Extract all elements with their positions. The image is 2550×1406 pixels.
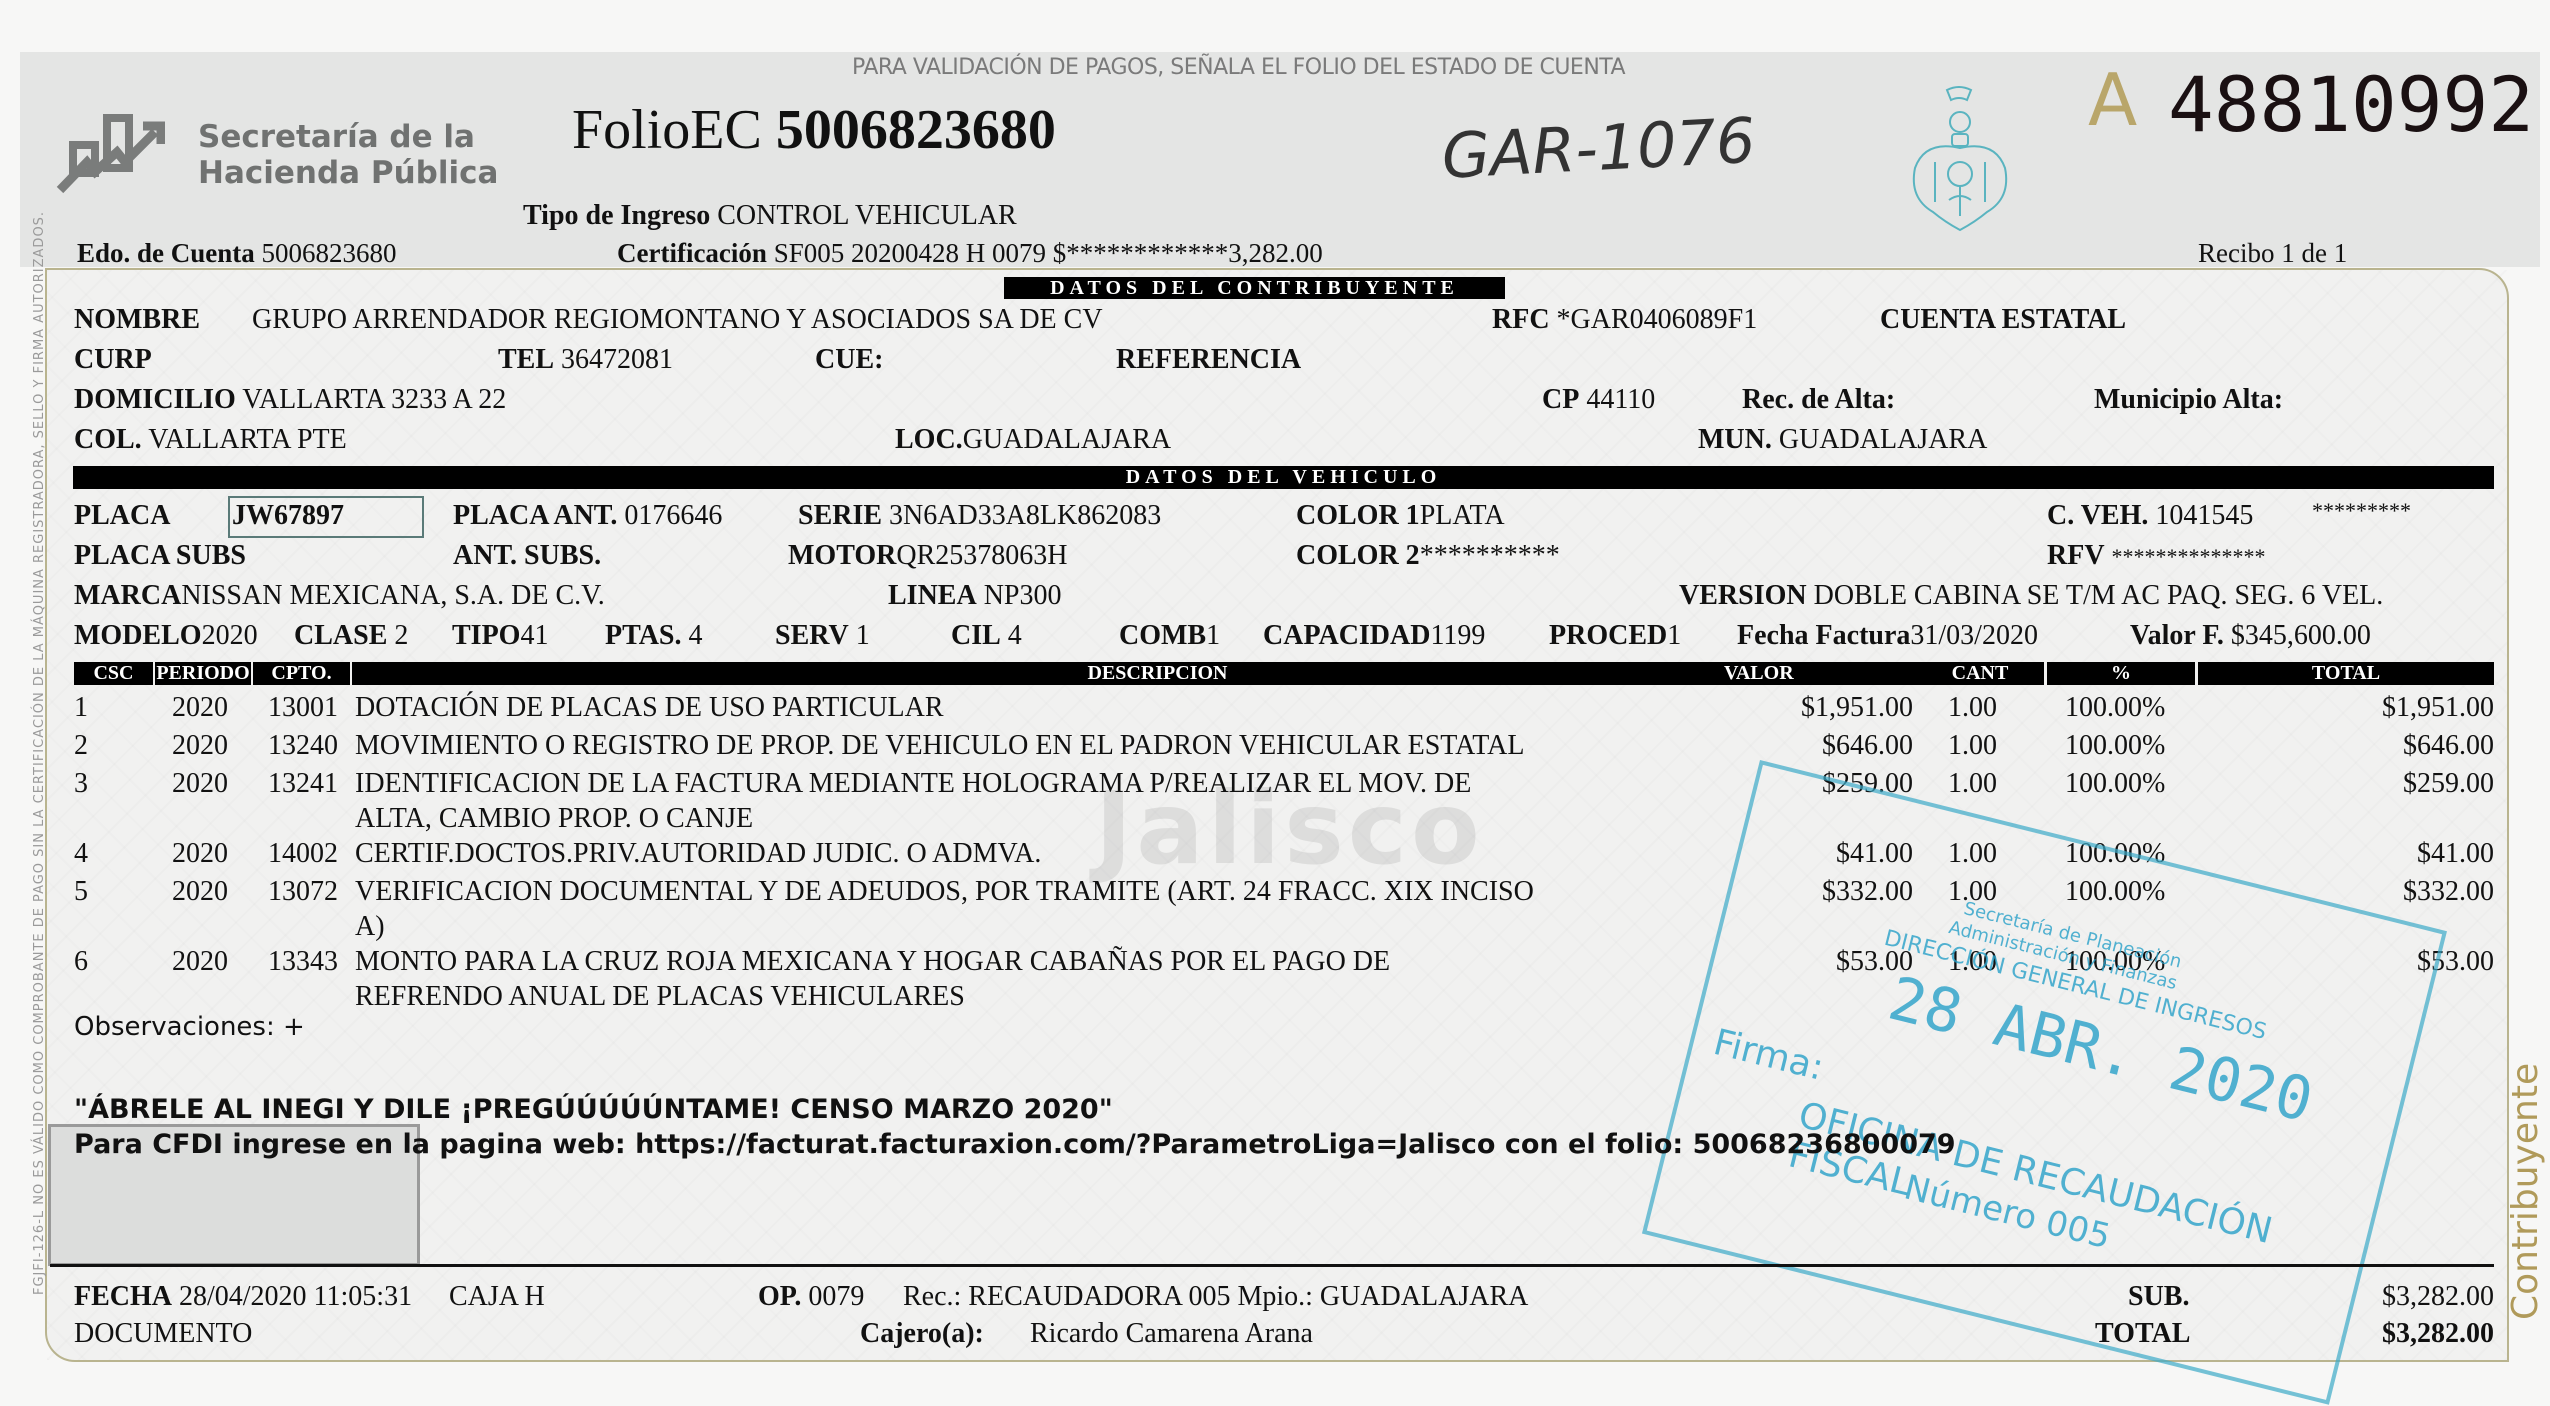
linea-label: LINEA [888,580,977,611]
clase: CLASE 2 [294,620,408,652]
cil-label: CIL [951,620,1001,651]
footer-divider [50,1264,2494,1267]
color1-label: COLOR 1 [1296,500,1420,531]
cell-csc: 1 [74,692,114,724]
version-label: VERSION [1679,580,1807,611]
cveh-label: C. VEH. [2047,500,2148,531]
clase-label: CLASE [294,620,387,651]
cell-cpto: 14002 [268,838,348,870]
domicilio-value: VALLARTA 3233 A 22 [242,384,506,415]
fecha-factura: Fecha Factura31/03/2020 [1737,620,2038,652]
cveh-value: 1041545 [2155,500,2253,531]
side-disclaimer: FGJFI-126-L NO ES VÁLIDO COMO COMPROBANT… [32,211,47,1295]
rfv-label: RFV [2047,540,2105,571]
mun-label: MUN. [1698,424,1772,455]
rec-alta-label: Rec. de Alta: [1742,384,1895,416]
rfc: RFC *GAR0406089F1 [1492,304,1757,336]
certificacion-label: Certificación [617,238,767,268]
rfv-value: ************** [2112,544,2266,569]
tel: TEL 36472081 [498,344,673,376]
col: COL. VALLARTA PTE [74,424,347,456]
capacidad-label: CAPACIDAD [1263,620,1430,651]
cil: CIL 4 [951,620,1022,652]
cell-cpto: 13240 [268,730,348,762]
total-value: $3,282.00 [2290,1318,2494,1350]
total-label: TOTAL [2095,1318,2190,1350]
color1: COLOR 1PLATA [1296,500,1505,532]
cell-periodo: 2020 [172,692,232,724]
tel-label: TEL [498,344,554,375]
cell-cpto: 13072 [268,876,348,908]
cell-pct: 100.00% [2065,730,2195,762]
validation-note: PARA VALIDACIÓN DE PAGOS, SEÑALA EL FOLI… [852,55,1625,80]
version: VERSION DOBLE CABINA SE T/M AC PAQ. SEG.… [1679,580,2383,612]
recaudadora: Rec.: RECAUDADORA 005 Mpio.: GUADALAJARA [903,1281,1528,1313]
censo-message: "ÁBRELE AL INEGI Y DILE ¡PREGÚÚÚÚÚNTAME!… [74,1094,1113,1125]
cell-total: $1,951.00 [2290,692,2494,724]
fecha-factura-label: Fecha Factura [1737,620,1910,651]
cell-csc: 2 [74,730,114,762]
tipo-ingreso-label: Tipo de Ingreso [523,200,710,231]
cell-periodo: 2020 [172,946,232,978]
cell-descripcion-cont: A) [355,911,385,943]
cp-value: 44110 [1586,384,1655,415]
clase-value: 2 [394,620,408,651]
tipo: TIPO41 [452,620,548,652]
modelo: MODELO2020 [74,620,258,652]
domicilio-label: DOMICILIO [74,384,236,415]
motor-value: QR25378063H [896,540,1067,571]
ptas-label: PTAS. [605,620,682,651]
cell-descripcion: MONTO PARA LA CRUZ ROJA MEXICANA Y HOGAR… [355,946,1390,978]
cell-csc: 3 [74,768,114,800]
ptas-value: 4 [689,620,703,651]
hacienda-logo-icon [55,110,165,195]
placa-ant-label: PLACA ANT. [453,500,617,531]
cell-total: $41.00 [2290,838,2494,870]
cell-periodo: 2020 [172,768,232,800]
cfdi-message: Para CFDI ingrese en la pagina web: http… [74,1129,1956,1160]
cajero-value: Ricardo Camarena Arana [1030,1318,1313,1350]
cell-periodo: 2020 [172,730,232,762]
serv-value: 1 [856,620,870,651]
section-bar-vehiculo: DATOS DEL VEHICULO [73,466,2494,489]
cell-csc: 6 [74,946,114,978]
cp-label: CP [1542,384,1579,415]
cp: CP 44110 [1542,384,1655,416]
serie-letter: A [2088,58,2137,142]
motor-label: MOTOR [788,540,896,571]
marca-label: MARCA [74,580,181,611]
nombre-value: GRUPO ARRENDADOR REGIOMONTANO Y ASOCIADO… [252,304,1103,336]
valor-f-label: Valor F. [2130,620,2224,651]
certificacion: Certificación SF005 20200428 H 0079 $***… [617,238,1323,269]
fecha-factura-value: 31/03/2020 [1910,620,2038,651]
c-veh: C. VEH. 1041545 [2047,500,2253,532]
cveh-mask: ********* [2312,498,2411,524]
marca-value: NISSAN MEXICANA, S.A. DE C.V. [181,580,604,611]
cell-descripcion-cont: ALTA, CAMBIO PROP. O CANJE [355,803,753,835]
capacidad: CAPACIDAD1199 [1263,620,1485,652]
col-header-cpto: CPTO. [253,662,353,685]
valor-f-value: $345,600.00 [2231,620,2371,651]
receipt-paper: Secretaría de la Hacienda Pública PARA V… [0,0,2550,1406]
serie-label: SERIE [798,500,882,531]
motor: MOTORQR25378063H [788,540,1068,572]
referencia-label: REFERENCIA [1116,344,1301,376]
col-header-cant: CANT [1916,662,2047,685]
recibo-count: Recibo 1 de 1 [2198,238,2347,269]
cell-cpto: 13001 [268,692,348,724]
placa-value: JW67897 [232,500,344,532]
col-header-csc: CSC [74,662,156,685]
cil-value: 4 [1008,620,1022,651]
loc-value: GUADALAJARA [963,424,1171,455]
cell-descripcion-cont: REFRENDO ANUAL DE PLACAS VEHICULARES [355,981,965,1013]
edo-cuenta-value: 5006823680 [262,238,397,268]
cell-descripcion: IDENTIFICACION DE LA FACTURA MEDIANTE HO… [355,768,1471,800]
nombre-label: NOMBRE [74,304,200,336]
cue-label: CUE: [815,344,883,376]
col-header-pct: % [2047,662,2198,685]
subtotal-value: $3,282.00 [2290,1281,2494,1313]
rfc-label: RFC [1492,304,1550,335]
modelo-value: 2020 [202,620,258,651]
rfc-value: *GAR0406089F1 [1557,304,1758,335]
cajero-label: Cajero(a): [860,1318,984,1350]
placa-ant: PLACA ANT. 0176646 [453,500,722,532]
col-value: VALLARTA PTE [148,424,347,455]
serv-label: SERV [775,620,849,651]
mun-value: GUADALAJARA [1779,424,1987,455]
color1-value: PLATA [1420,500,1505,531]
curp-label: CURP [74,344,152,376]
tipo-value: 41 [520,620,548,651]
documento-label: DOCUMENTO [74,1318,252,1350]
comb-value: 1 [1206,620,1220,651]
section-bar-contribuyente: DATOS DEL CONTRIBUYENTE [1004,277,1505,299]
proced-value: 1 [1667,620,1681,651]
cell-csc: 5 [74,876,114,908]
cell-cpto: 13241 [268,768,348,800]
fecha-label: FECHA [74,1281,172,1312]
cell-total: $259.00 [2290,768,2494,800]
col-header-valor: VALOR [1700,662,1940,685]
rfv: RFV ************** [2047,540,2266,572]
certificacion-value: SF005 20200428 H 0079 $************3,282… [774,238,1323,268]
caja: CAJA H [449,1281,545,1313]
comb: COMB1 [1119,620,1220,652]
cell-periodo: 2020 [172,876,232,908]
valor-f: Valor F. $345,600.00 [2130,620,2371,652]
cell-cant: 1.00 [1948,692,2028,724]
tipo-ingreso: Tipo de Ingreso CONTROL VEHICULAR [523,200,1017,232]
cuenta-estatal-label: CUENTA ESTATAL [1880,304,2126,336]
cell-csc: 4 [74,838,114,870]
col-header-periodo: PERIODO [155,662,254,685]
comb-label: COMB [1119,620,1206,651]
color2-value: ********** [1420,540,1560,571]
logo-line-1: Secretaría de la [198,118,475,156]
edo-cuenta: Edo. de Cuenta 5006823680 [77,238,397,269]
stamp-firma: Firma: [1710,1022,1828,1089]
op-value: 0079 [808,1281,864,1312]
cell-valor: $646.00 [1700,730,1913,762]
municipio-alta-label: Municipio Alta: [2094,384,2283,416]
serie-value: 3N6AD33A8LK862083 [889,500,1161,531]
fecha: FECHA 28/04/2020 11:05:31 [74,1281,412,1313]
observaciones: Observaciones: + [74,1012,305,1042]
col-header-total: TOTAL [2198,662,2494,685]
mun: MUN. GUADALAJARA [1698,424,1987,456]
proced-label: PROCED [1549,620,1667,651]
color2-label: COLOR 2 [1296,540,1420,571]
color2: COLOR 2********** [1296,540,1560,572]
placa-ant-value: 0176646 [624,500,722,531]
cell-cant: 1.00 [1948,730,2028,762]
tipo-label: TIPO [452,620,520,651]
op: OP. 0079 [758,1281,864,1313]
cell-periodo: 2020 [172,838,232,870]
placa-subs-label: PLACA SUBS [74,540,246,572]
tipo-ingreso-value: CONTROL VEHICULAR [717,200,1016,231]
serie: SERIE 3N6AD33A8LK862083 [798,500,1161,532]
folio-label: FolioEC [572,99,762,161]
subtotal-label: SUB. [2128,1281,2189,1313]
domicilio: DOMICILIO VALLARTA 3233 A 22 [74,384,506,416]
op-label: OP. [758,1281,801,1312]
loc: LOC.GUADALAJARA [895,424,1171,456]
folio-ec: FolioEC 5006823680 [572,98,1056,162]
loc-label: LOC. [895,424,963,455]
cell-descripcion: MOVIMIENTO O REGISTRO DE PROP. DE VEHICU… [355,730,1524,762]
proced: PROCED1 [1549,620,1681,652]
linea-value: NP300 [984,580,1062,611]
cell-descripcion: CERTIF.DOCTOS.PRIV.AUTORIDAD JUDIC. O AD… [355,838,1041,870]
serie-number: 48810992 [2168,60,2534,149]
cell-valor: $1,951.00 [1700,692,1913,724]
modelo-label: MODELO [74,620,202,651]
logo-line-2: Hacienda Pública [198,154,498,192]
cell-descripcion: VERIFICACION DOCUMENTAL Y DE ADEUDOS, PO… [355,876,1534,908]
edo-cuenta-label: Edo. de Cuenta [77,238,255,268]
fecha-value: 28/04/2020 11:05:31 [179,1281,412,1312]
marca: MARCANISSAN MEXICANA, S.A. DE C.V. [74,580,605,612]
cell-total: $646.00 [2290,730,2494,762]
side-label-contribuyente: Contribuyente [2505,1063,2546,1320]
tel-value: 36472081 [561,344,673,375]
ant-subs-label: ANT. SUBS. [453,540,601,572]
jalisco-coat-of-arms-icon [1905,82,2015,242]
cell-pct: 100.00% [2065,768,2195,800]
cell-cant: 1.00 [1948,768,2028,800]
cell-cpto: 13343 [268,946,348,978]
serv: SERV 1 [775,620,870,652]
folio-value: 5006823680 [776,99,1056,161]
col-label: COL. [74,424,142,455]
ptas: PTAS. 4 [605,620,703,652]
version-value: DOBLE CABINA SE T/M AC PAQ. SEG. 6 VEL. [1814,580,2384,611]
placa-label: PLACA [74,500,170,532]
capacidad-value: 1199 [1430,620,1485,651]
cell-pct: 100.00% [2065,692,2195,724]
linea: LINEA NP300 [888,580,1062,612]
cell-descripcion: DOTACIÓN DE PLACAS DE USO PARTICULAR [355,692,944,724]
